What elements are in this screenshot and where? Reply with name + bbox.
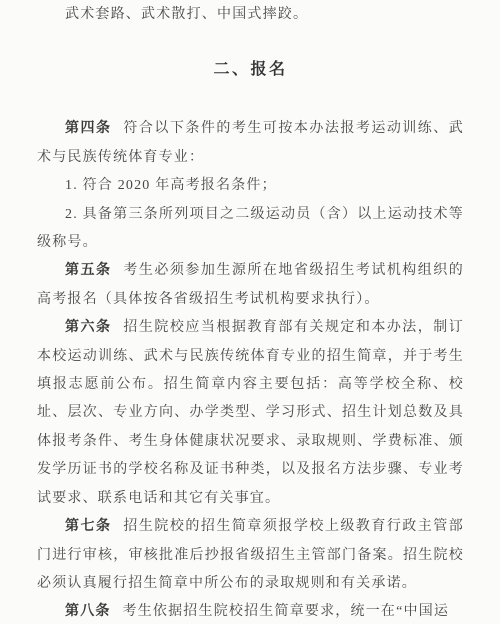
article-list-item: 1. 符合 2020 年高考报名条件； (37, 172, 464, 200)
articles-block: 第四条符合以下条件的考生可按本办法报考运动训练、武术与民族传统体育专业： 1. … (37, 115, 464, 624)
article-text: 2. 具备第三条所列项目之二级运动员（含）以上运动技术等级称号。 (37, 207, 464, 250)
article-paragraph: 第五条考生必须参加生源所在地省级招生考试机构组织的高考报名（具体按各省级招生考试… (37, 257, 464, 314)
article-label: 第四条 (65, 121, 112, 136)
article-paragraph: 第七条招生院校的招生简章须报学校上级教育行政主管部门进行审核，审核批准后抄报省级… (37, 513, 464, 598)
paragraph-continuation: 武术套路、武术散打、中国式摔跤。 (37, 1, 464, 29)
article-paragraph: 第六条招生院校应当根据教育部有关规定和本办法，制订本校运动训练、武术与民族传统体… (37, 314, 464, 513)
article-text: 招生院校应当根据教育部有关规定和本办法，制订本校运动训练、武术与民族传统体育专业… (37, 320, 464, 505)
article-text: 1. 符合 2020 年高考报名条件； (65, 178, 277, 193)
article-label: 第七条 (65, 519, 112, 534)
article-label: 第五条 (65, 263, 112, 278)
section-heading: 二、报名 (37, 56, 464, 84)
document-page: 武术套路、武术散打、中国式摔跤。 二、报名 第四条符合以下条件的考生可按本办法报… (0, 0, 500, 624)
article-text: 考生依据招生院校招生简章要求，统一在“中国运 (123, 604, 450, 619)
article-label: 第八条 (65, 604, 111, 619)
article-list-item: 2. 具备第三条所列项目之二级运动员（含）以上运动技术等级称号。 (37, 201, 464, 258)
article-paragraph: 第八条考生依据招生院校招生简章要求，统一在“中国运 (37, 598, 464, 624)
article-label: 第六条 (65, 320, 112, 335)
article-paragraph: 第四条符合以下条件的考生可按本办法报考运动训练、武术与民族传统体育专业： (37, 115, 464, 172)
